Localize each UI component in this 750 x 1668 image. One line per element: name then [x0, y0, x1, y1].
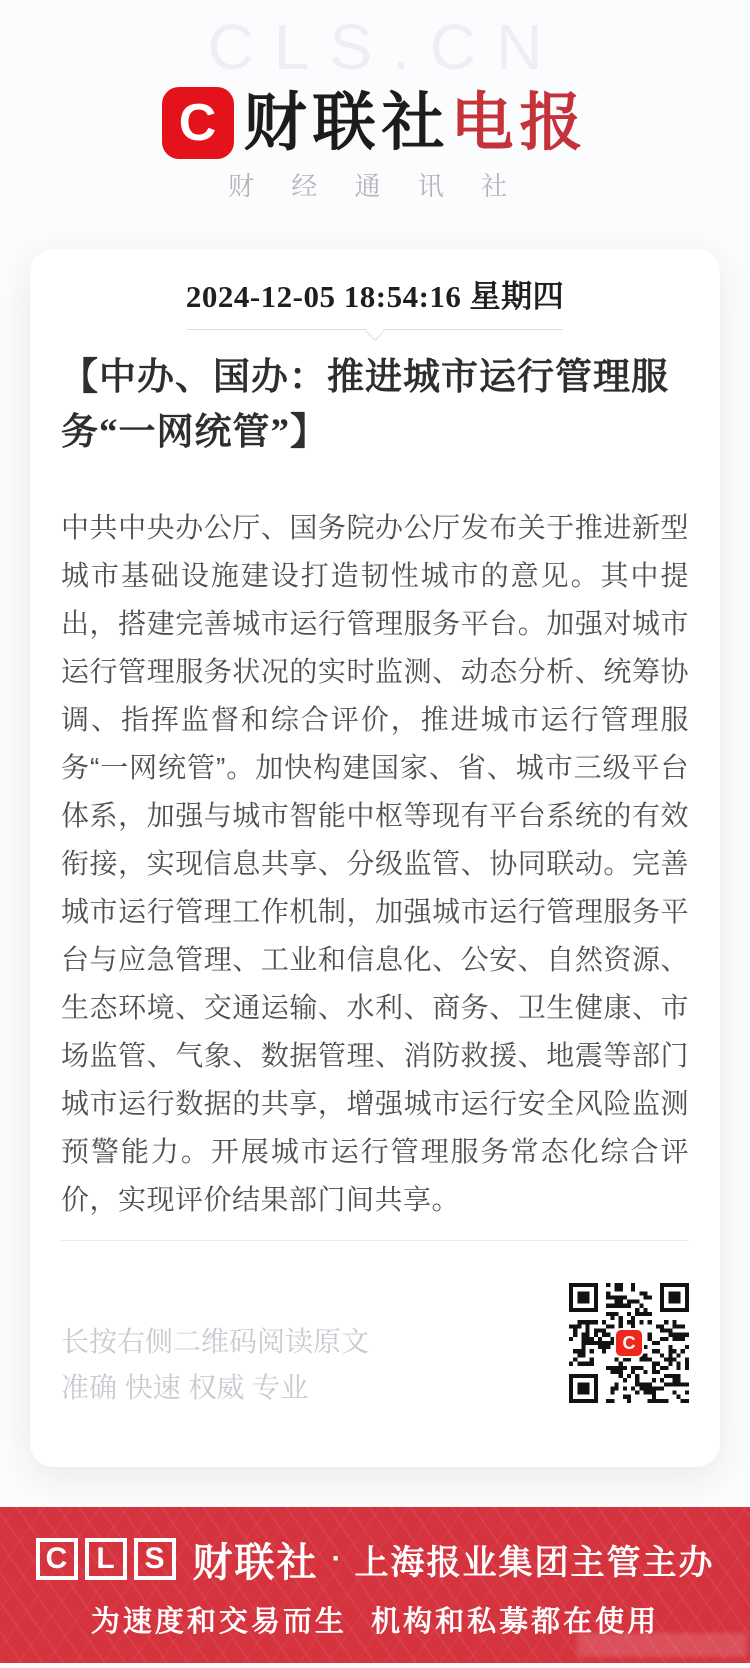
qr-center-c-icon: C: [614, 1328, 644, 1358]
news-title: 【中办、国办：推进城市运行管理服务“一网统管”】: [61, 350, 689, 460]
banner-brand-row: C L S 财联社 · 上海报业集团主管主办: [36, 1531, 715, 1588]
footer-divider: [61, 1240, 689, 1241]
qr-slogan: 准确 快速 权威 专业: [61, 1365, 369, 1411]
qr-hint-block: 长按右侧二维码阅读原文 准确 快速 权威 专业: [61, 1319, 369, 1411]
banner-brand-name: 财联社: [193, 1531, 319, 1588]
banner-slogan: 为速度和交易而生 机构和私募都在使用: [91, 1599, 659, 1640]
banner-separator-dot: ·: [332, 1542, 342, 1576]
qr-code[interactable]: C: [569, 1283, 689, 1403]
brand-title: 财联社电报: [244, 87, 589, 159]
masthead: CLS.CN C 财联社电报 财 经 通 讯 社: [0, 14, 750, 200]
cls-letter-c: C: [36, 1538, 78, 1580]
cls-watermark: CLS.CN: [0, 14, 750, 80]
news-body: 中共中央办公厅、国务院办公厅发布关于推进新型城市基础设施建设打造韧性城市的意见。…: [61, 504, 689, 1224]
watermark-redaction: [577, 1633, 747, 1657]
brand-suffix: 电报: [451, 88, 589, 158]
cls-letter-logo: C L S: [36, 1538, 176, 1580]
cls-c-icon: C: [162, 87, 234, 159]
banner-publisher: 上海报业集团主管主办: [355, 1535, 715, 1584]
app-logo: C 财联社电报: [0, 86, 750, 160]
date-divider: [187, 329, 563, 330]
bottom-banner: C L S 财联社 · 上海报业集团主管主办 为速度和交易而生 机构和私募都在使…: [0, 1507, 750, 1663]
card-footer: 长按右侧二维码阅读原文 准确 快速 权威 专业 C: [61, 1283, 689, 1403]
cls-letter-s: S: [134, 1538, 176, 1580]
telegraph-card: 2024-12-05 18:54:16 星期四 【中办、国办：推进城市运行管理服…: [30, 249, 720, 1467]
qr-hint: 长按右侧二维码阅读原文: [61, 1319, 369, 1365]
publish-datetime: 2024-12-05 18:54:16 星期四: [61, 279, 689, 315]
brand-name: 财联社: [244, 88, 451, 158]
brand-tagline: 财 经 通 讯 社: [0, 172, 750, 200]
cls-letter-l: L: [85, 1538, 127, 1580]
